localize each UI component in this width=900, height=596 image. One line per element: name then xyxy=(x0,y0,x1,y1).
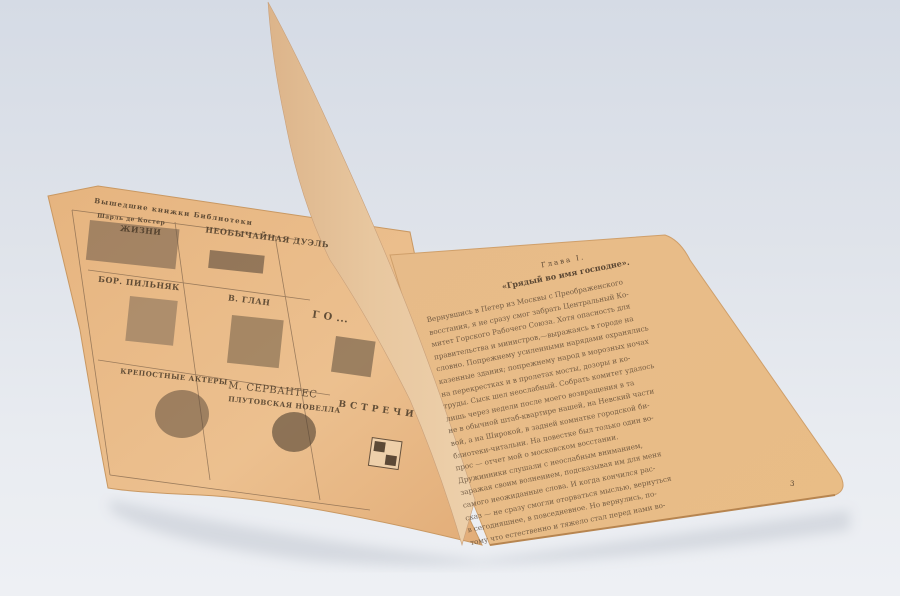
photo-scene: Вышедшие книжки Библиотеки Шарль де Кост… xyxy=(0,0,900,596)
page-number: 3 xyxy=(790,480,794,488)
